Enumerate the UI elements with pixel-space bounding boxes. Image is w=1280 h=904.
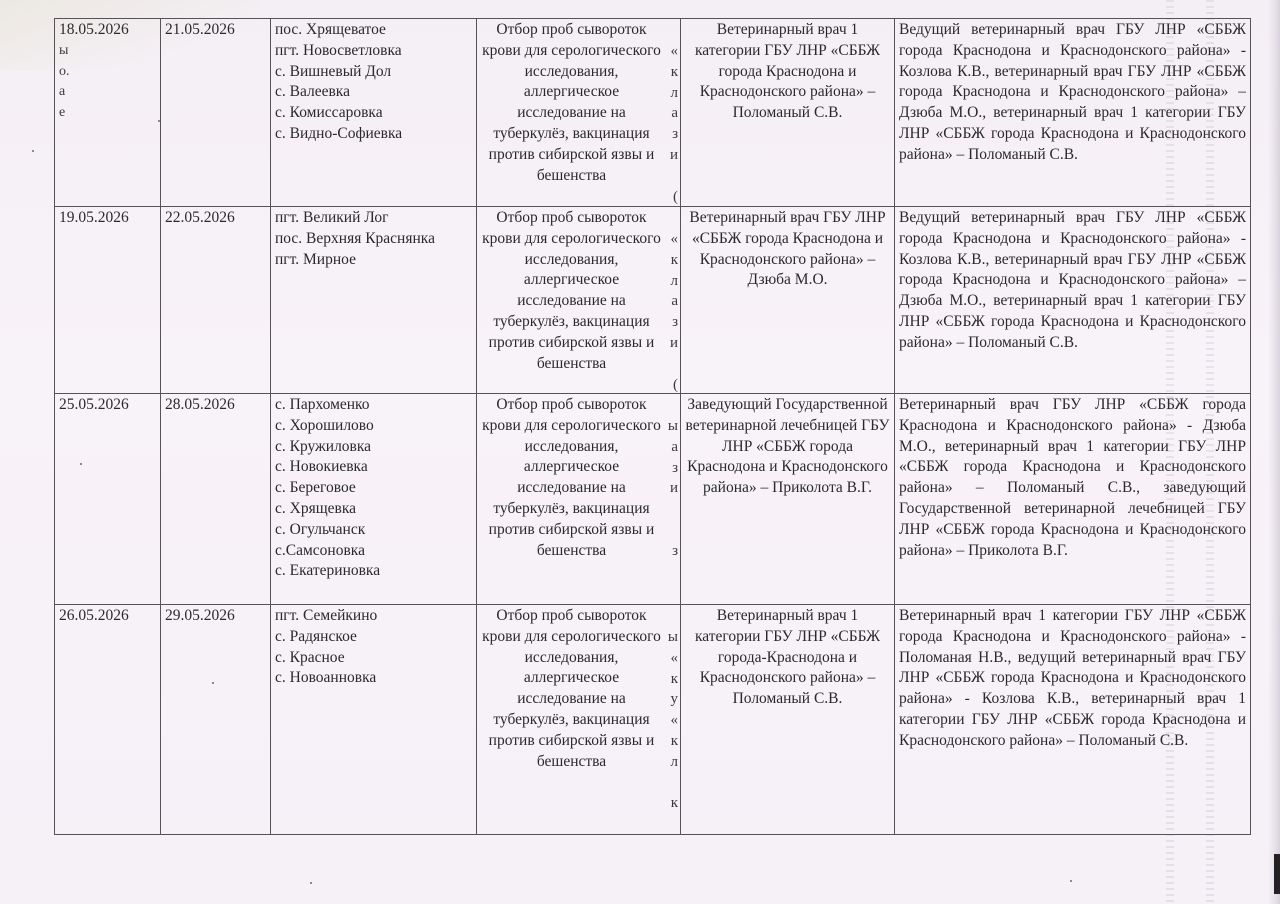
work-description: Отбор проб сывороток крови для серологич… xyxy=(481,208,676,374)
scanned-page: 18.05.2026 ы о. а е 21.05.2026 пос. Хрящ… xyxy=(0,0,1280,904)
scan-speck xyxy=(1070,880,1072,882)
settlement: с. Видно-Софиевка xyxy=(275,124,472,145)
end-date: 28.05.2026 xyxy=(165,396,235,413)
bleed-through-column: « к л а з и ( xyxy=(670,229,678,394)
table-row: 19.05.2026 22.05.2026 пгт. Великий Лог п… xyxy=(55,207,1251,394)
work-description-cell: Отбор проб сывороток крови для серологич… xyxy=(477,394,681,605)
table-row: 18.05.2026 ы о. а е 21.05.2026 пос. Хрящ… xyxy=(55,19,1251,207)
staff-list: Ветеринарный врач ГБУ ЛНР «СББЖ города К… xyxy=(899,395,1246,561)
responsible-cell: Ветеринарный врач 1 категории ГБУ ЛНР «С… xyxy=(681,19,895,207)
settlement: пгт. Семейкино xyxy=(275,606,472,627)
scan-speck xyxy=(158,120,160,122)
scan-speck xyxy=(80,463,82,465)
settlement: с. Радянское xyxy=(275,627,472,648)
scan-speck xyxy=(212,682,214,684)
settlement: с. Новоанновка xyxy=(275,668,472,689)
start-date-cell: 19.05.2026 xyxy=(55,207,161,394)
table-row: 25.05.2026 28.05.2026 с. Пархоменко с. Х… xyxy=(55,394,1251,605)
responsible-person: Ветеринарный врач ГБУ ЛНР «СББЖ города К… xyxy=(685,208,890,291)
settlement: пос. Верхняя Краснянка xyxy=(275,229,472,250)
staff-cell: Ведущий ветеринарный врач ГБУ ЛНР «СББЖ … xyxy=(895,207,1251,394)
end-date: 21.05.2026 xyxy=(165,21,235,38)
responsible-cell: Ветеринарный врач 1 категории ГБУ ЛНР «С… xyxy=(681,605,895,835)
settlement: с. Вишневый Дол xyxy=(275,62,472,83)
settlement: с. Екатериновка xyxy=(275,561,472,582)
edge-mark xyxy=(1274,854,1280,894)
settlement: пгт. Новосветловка xyxy=(275,41,472,62)
end-date-cell: 28.05.2026 xyxy=(161,394,271,605)
staff-list: Ветеринарный врач 1 категории ГБУ ЛНР «С… xyxy=(899,606,1246,752)
start-date-cell: 18.05.2026 ы о. а е xyxy=(55,19,161,207)
work-description: Отбор проб сывороток крови для серологич… xyxy=(481,606,676,772)
settlement: пгт. Мирное xyxy=(275,250,472,271)
settlement: с. Комиссаровка xyxy=(275,103,472,124)
bleed-through-text: е xyxy=(59,103,156,124)
scan-speck xyxy=(32,150,34,152)
work-description: Отбор проб сывороток крови для серологич… xyxy=(481,395,676,561)
bleed-through-column: ы « к у « к л к xyxy=(668,627,678,814)
work-description-cell: Отбор проб сывороток крови для серологич… xyxy=(477,207,681,394)
responsible-person: Ветеринарный врач 1 категории ГБУ ЛНР «С… xyxy=(685,606,890,710)
staff-cell: Ведущий ветеринарный врач ГБУ ЛНР «СББЖ … xyxy=(895,19,1251,207)
settlement: с.Самсоновка xyxy=(275,541,472,562)
settlement: с. Новокиевка xyxy=(275,457,472,478)
staff-cell: Ветеринарный врач 1 категории ГБУ ЛНР «С… xyxy=(895,605,1251,835)
responsible-person: Заведующий Государственной ветеринарной … xyxy=(685,395,890,499)
responsible-cell: Ветеринарный врач ГБУ ЛНР «СББЖ города К… xyxy=(681,207,895,394)
settlement: с. Береговое xyxy=(275,478,472,499)
bleed-through-text: а xyxy=(59,82,156,103)
end-date: 22.05.2026 xyxy=(165,209,235,226)
table-row: 26.05.2026 29.05.2026 пгт. Семейкино с. … xyxy=(55,605,1251,835)
start-date: 26.05.2026 xyxy=(59,607,129,624)
settlements-cell: пгт. Семейкино с. Радянское с. Красное с… xyxy=(271,605,477,835)
settlement: пгт. Великий Лог xyxy=(275,208,472,229)
start-date: 25.05.2026 xyxy=(59,396,129,413)
settlement: с. Красное xyxy=(275,648,472,669)
settlement: с. Хрящевка xyxy=(275,499,472,520)
responsible-cell: Заведующий Государственной ветеринарной … xyxy=(681,394,895,605)
end-date-cell: 29.05.2026 xyxy=(161,605,271,835)
scan-speck xyxy=(310,882,312,884)
settlement: с. Валеевка xyxy=(275,82,472,103)
settlement: с. Кружиловка xyxy=(275,437,472,458)
bleed-through-text: о. xyxy=(59,62,156,83)
bleed-through-column: « к л а з и ( xyxy=(670,41,678,207)
staff-list: Ведущий ветеринарный врач ГБУ ЛНР «СББЖ … xyxy=(899,20,1246,166)
work-description-cell: Отбор проб сывороток крови для серологич… xyxy=(477,605,681,835)
responsible-person: Ветеринарный врач 1 категории ГБУ ЛНР «С… xyxy=(685,20,890,124)
settlement: пос. Хрящеватое xyxy=(275,20,472,41)
end-date-cell: 21.05.2026 xyxy=(161,19,271,207)
settlements-cell: пос. Хрящеватое пгт. Новосветловка с. Ви… xyxy=(271,19,477,207)
bleed-through-column: ы а з и з xyxy=(668,416,678,562)
work-description-cell: Отбор проб сывороток крови для серологич… xyxy=(477,19,681,207)
settlement: с. Пархоменко xyxy=(275,395,472,416)
start-date: 18.05.2026 xyxy=(59,21,129,38)
settlements-cell: с. Пархоменко с. Хорошилово с. Кружиловк… xyxy=(271,394,477,605)
page-edge xyxy=(1268,0,1280,904)
settlement: с. Огульчанск xyxy=(275,520,472,541)
work-description: Отбор проб сывороток крови для серологич… xyxy=(481,20,676,186)
start-date: 19.05.2026 xyxy=(59,209,129,226)
settlement: с. Хорошилово xyxy=(275,416,472,437)
end-date-cell: 22.05.2026 xyxy=(161,207,271,394)
staff-list: Ведущий ветеринарный врач ГБУ ЛНР «СББЖ … xyxy=(899,208,1246,354)
schedule-table: 18.05.2026 ы о. а е 21.05.2026 пос. Хрящ… xyxy=(54,18,1251,835)
settlements-cell: пгт. Великий Лог пос. Верхняя Краснянка … xyxy=(271,207,477,394)
start-date-cell: 26.05.2026 xyxy=(55,605,161,835)
end-date: 29.05.2026 xyxy=(165,607,235,624)
staff-cell: Ветеринарный врач ГБУ ЛНР «СББЖ города К… xyxy=(895,394,1251,605)
bleed-through-text: ы xyxy=(59,41,156,62)
start-date-cell: 25.05.2026 xyxy=(55,394,161,605)
